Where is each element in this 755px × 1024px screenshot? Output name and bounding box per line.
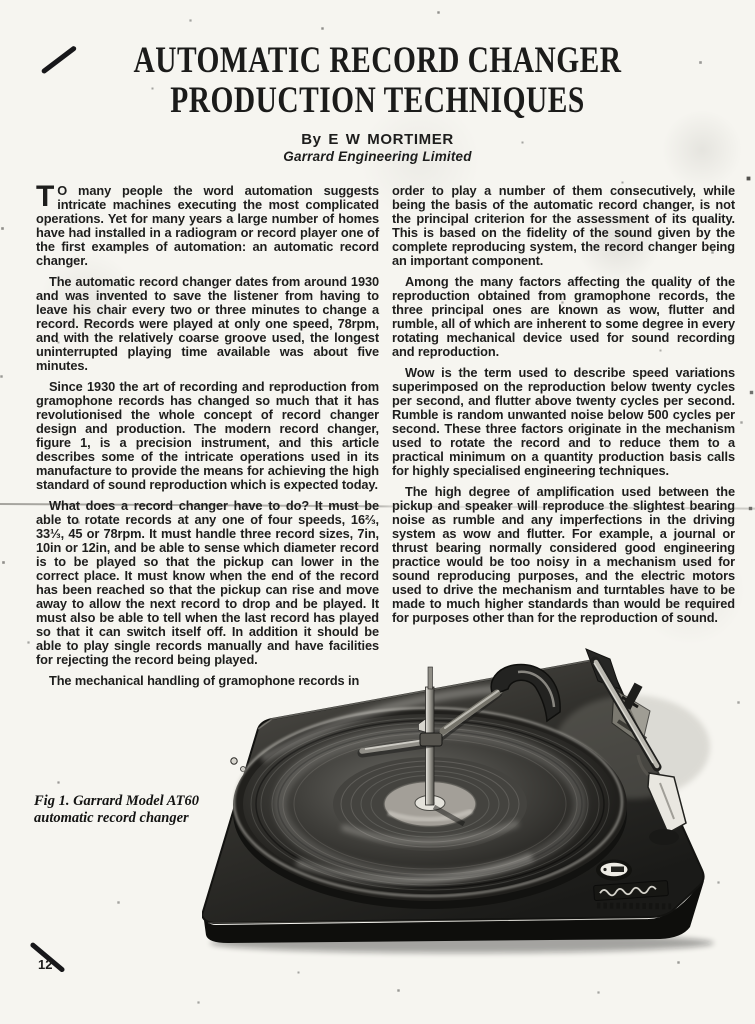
paragraph-left-2: The automatic record changer dates from … [36,275,379,373]
byline-company: Garrard Engineering Limited [0,149,755,164]
paragraph-left-1-text: O many people the word automation sugges… [36,183,379,268]
drop-cap: T [36,184,54,209]
byline: By E W MORTIMER [0,131,755,148]
deck-screw [231,758,237,764]
article-columns: TO many people the word automation sugge… [36,184,735,695]
garrard-badge [596,860,632,881]
turntable-photo-illustration [202,627,748,960]
paragraph-right-2: Among the many factors affecting the qua… [392,275,735,359]
paragraph-left-3: Since 1930 the art of recording and repr… [36,380,379,492]
page-number: 12 [38,957,52,972]
scan-noise [0,0,1,1]
paragraph-left-1: TO many people the word automation sugge… [36,184,379,268]
left-column: TO many people the word automation sugge… [36,184,379,695]
magazine-page: AUTOMATIC RECORD CHANGER PRODUCTION TECH… [0,0,755,1024]
paragraph-right-3: Wow is the term used to describe speed v… [392,366,735,478]
figure-photo [202,627,748,960]
article-title-line1: AUTOMATIC RECORD CHANGER [19,39,736,81]
paragraph-right-1: order to play a number of them consecuti… [392,184,735,268]
figure-caption: Fig 1. Garrard Model AT60 automatic reco… [34,793,224,827]
figure-caption-line2: automatic record changer [34,810,224,827]
paragraph-right-4: The high degree of amplification used be… [392,485,735,625]
figure-caption-line1: Fig 1. Garrard Model AT60 [34,793,224,810]
article-title-line2: PRODUCTION TECHNIQUES [19,79,736,121]
right-column: order to play a number of them consecuti… [392,184,735,695]
